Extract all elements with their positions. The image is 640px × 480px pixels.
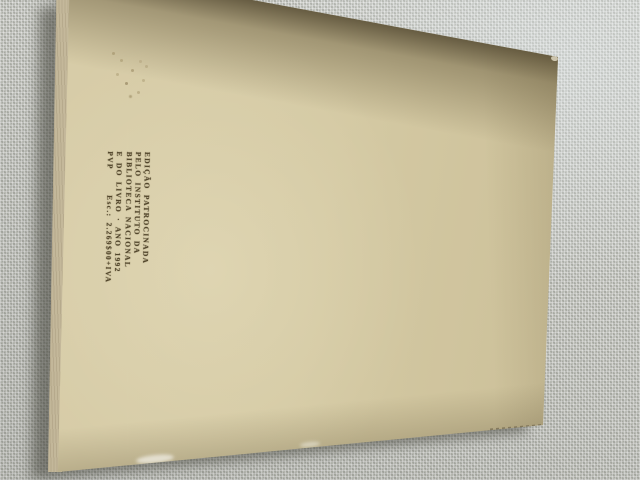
book-back-cover: EDIÇÃO PATROCINADA PELO INSTITUTO DA BIB…	[0, 0, 640, 480]
photo-of-book: EDIÇÃO PATROCINADA PELO INSTITUTO DA BIB…	[0, 0, 640, 480]
cover-bottom-shadow	[22, 347, 587, 480]
stain-specks	[112, 52, 115, 55]
imprint-block: EDIÇÃO PATROCINADA PELO INSTITUTO DA BIB…	[104, 151, 152, 294]
book: EDIÇÃO PATROCINADA PELO INSTITUTO DA BIB…	[0, 0, 640, 480]
